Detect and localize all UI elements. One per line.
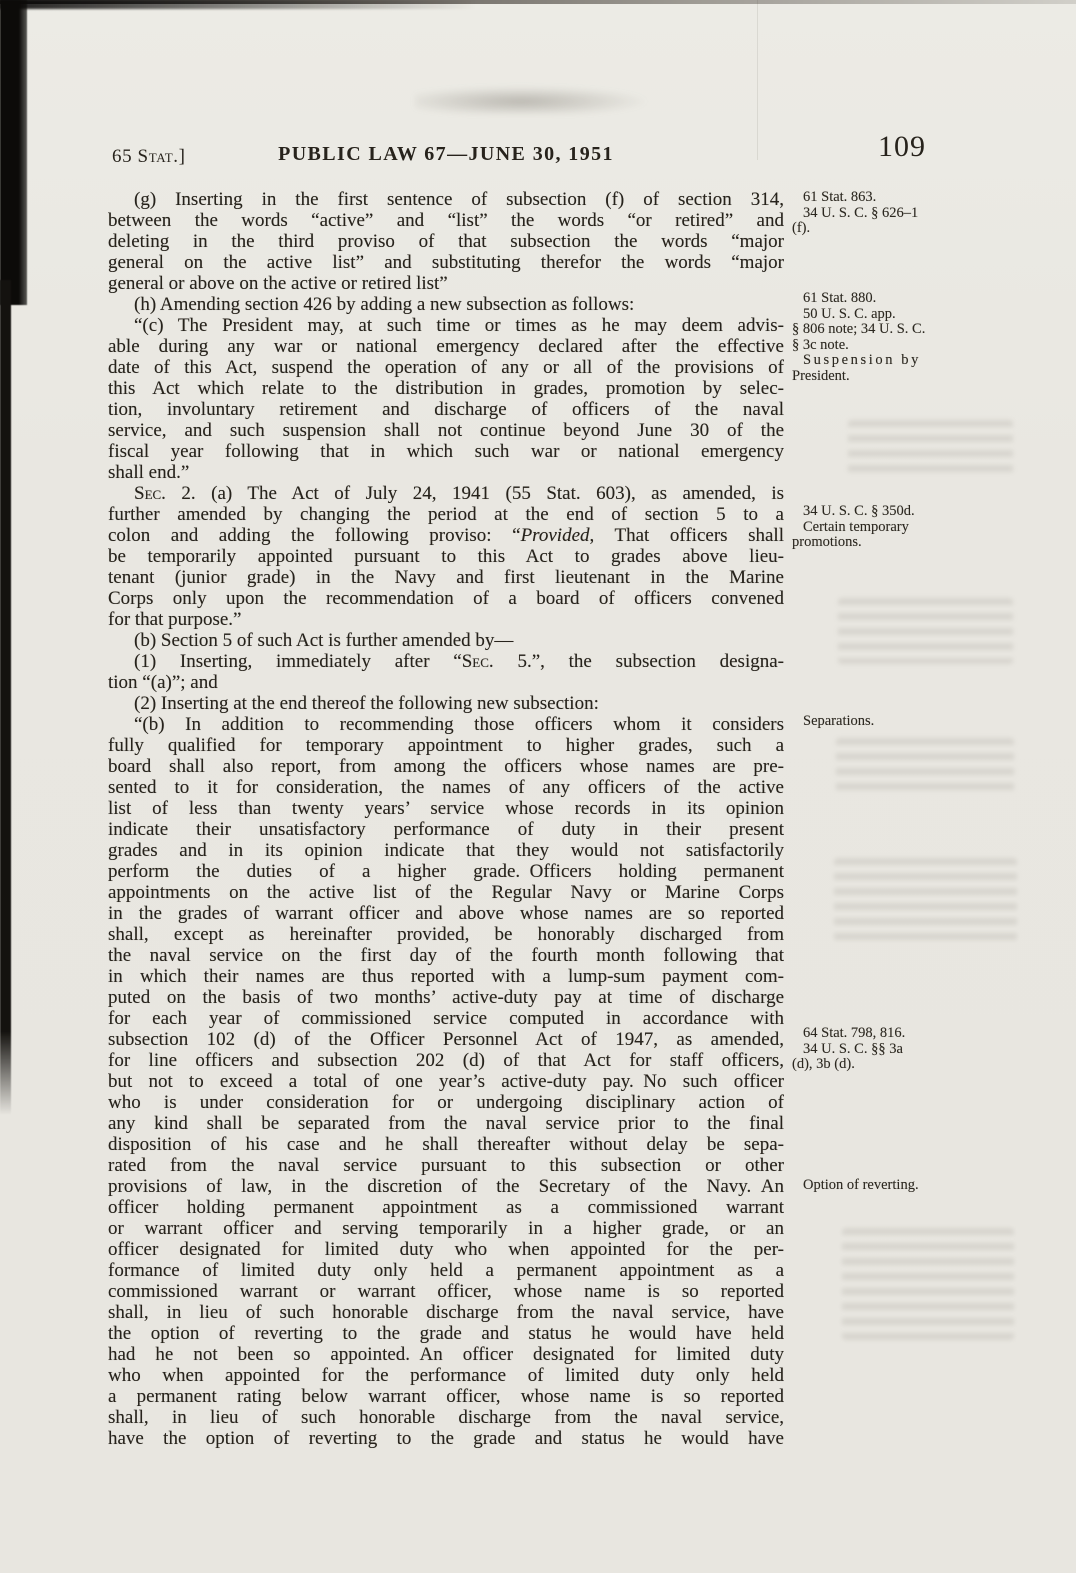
margin-note-line: promotions. <box>792 535 1064 551</box>
body-line: have the option of reverting to the grad… <box>108 1428 784 1449</box>
body-line: grades and in its opinion indicate that … <box>108 840 784 861</box>
body-line: (b) Section 5 of such Act is further ame… <box>108 630 784 651</box>
body-line: (g) Inserting in the first sentence of s… <box>108 189 784 210</box>
note-option-reverting: Option of reverting. <box>792 1178 1064 1194</box>
body-line: date of this Act, suspend the operation … <box>108 357 784 378</box>
body-line: commissioned warrant or warrant officer,… <box>108 1281 784 1302</box>
note-stat-863: 61 Stat. 863.34 U. S. C. § 626–1(f). <box>792 190 1064 237</box>
body-line: board shall also report, from among the … <box>108 756 784 777</box>
body-line: the naval service on the first day of th… <box>108 945 784 966</box>
margin-note-line: 34 U. S. C. § 626–1 <box>792 206 1064 222</box>
body-line: who when appointed for the performance o… <box>108 1365 784 1386</box>
margin-note-line: 61 Stat. 880. <box>792 291 1064 307</box>
body-line: list of less than twenty years’ service … <box>108 798 784 819</box>
body-line: had he not been so appointed. An officer… <box>108 1344 784 1365</box>
body-line: be temporarily appointed pursuant to thi… <box>108 546 784 567</box>
body-line: (1) Inserting, immediately after “Sec. 5… <box>108 651 784 672</box>
body-line: Corps only upon the recommendation of a … <box>108 588 784 609</box>
margin-note-line: Suspension by <box>792 353 1064 369</box>
paragraph-b-1: (1) Inserting, immediately after “Sec. 5… <box>108 651 784 693</box>
body-line: Sec. 2. (a) The Act of July 24, 1941 (55… <box>108 483 784 504</box>
pencil-smudge-artifact <box>415 86 650 114</box>
body-line: officer holding permanent appointment as… <box>108 1197 784 1218</box>
body-line: tion, involuntary retirement and dischar… <box>108 399 784 420</box>
body-line: for line officers and subsection 202 (d)… <box>108 1050 784 1071</box>
body-line: fully qualified for temporary appointmen… <box>108 735 784 756</box>
body-line: in the grades of warrant officer and abo… <box>108 903 784 924</box>
paragraph-h: (h) Amending section 426 by adding a new… <box>108 294 784 315</box>
body-line: in which their names are thus reported w… <box>108 966 784 987</box>
paragraph-b: (b) Section 5 of such Act is further ame… <box>108 630 784 651</box>
margin-note-line: Option of reverting. <box>792 1178 1064 1194</box>
margin-note-line: Certain temporary <box>792 520 1064 536</box>
body-line: general on the active list” and substitu… <box>108 252 784 273</box>
body-line: perform the duties of a higher grade. Of… <box>108 861 784 882</box>
body-line: “(b) In addition to recommending those o… <box>108 714 784 735</box>
paragraph-c-quote: “(c) The President may, at such time or … <box>108 315 784 483</box>
body-line: between the words “active” and “list” th… <box>108 210 784 231</box>
body-line: for each year of commissioned service co… <box>108 1008 784 1029</box>
margin-note-line: 34 U. S. C. § 350d. <box>792 504 1064 520</box>
body-line: who is under consideration for or underg… <box>108 1092 784 1113</box>
note-350d: 34 U. S. C. § 350d.Certain temporaryprom… <box>792 504 1064 551</box>
paragraph-g: (g) Inserting in the first sentence of s… <box>108 189 784 294</box>
margin-note-line: Separations. <box>792 714 1064 730</box>
running-head-title: PUBLIC LAW 67—JUNE 30, 1951 <box>108 143 784 166</box>
body-line: general or above on the active or retire… <box>108 273 784 294</box>
body-line: shall, in lieu of such honorable dischar… <box>108 1407 784 1428</box>
body-line: puted on the basis of two months’ active… <box>108 987 784 1008</box>
margin-note-line: (f). <box>792 221 1064 237</box>
body-line: tenant (junior grade) in the Navy and fi… <box>108 567 784 588</box>
body-line: service, and such suspension shall not c… <box>108 420 784 441</box>
margin-note-line: 61 Stat. 863. <box>792 190 1064 206</box>
scan-left-bar-artifact <box>0 0 27 305</box>
margin-note-line: 64 Stat. 798, 816. <box>792 1026 1064 1042</box>
body-line: deleting in the third proviso of that su… <box>108 231 784 252</box>
scan-top-edge-dark-artifact <box>0 0 560 9</box>
body-line: appointments on the active list of the R… <box>108 882 784 903</box>
note-stat-798: 64 Stat. 798, 816.34 U. S. C. §§ 3a(d), … <box>792 1026 1064 1073</box>
margin-note-line: President. <box>792 369 1064 385</box>
paragraph-b-quote: “(b) In addition to recommending those o… <box>108 714 784 1449</box>
body-line: any kind shall be separated from the nav… <box>108 1113 784 1134</box>
body-line: rated from the naval service pursuant to… <box>108 1155 784 1176</box>
statute-page: 65 Stat.] PUBLIC LAW 67—JUNE 30, 1951 10… <box>0 0 1076 1573</box>
margin-note-line: § 3c note. <box>792 338 1064 354</box>
body-line: colon and adding the following proviso: … <box>108 525 784 546</box>
margin-note-line: 34 U. S. C. §§ 3a <box>792 1042 1064 1058</box>
body-line: fiscal year following that in which such… <box>108 441 784 462</box>
body-line: this Act which relate to the distributio… <box>108 378 784 399</box>
body-line: disposition of his case and he shall the… <box>108 1134 784 1155</box>
margin-note-line: 50 U. S. C. app. <box>792 307 1064 323</box>
body-line: shall, except as hereinafter provided, b… <box>108 924 784 945</box>
body-line: a permanent rating below warrant officer… <box>108 1386 784 1407</box>
note-stat-880: 61 Stat. 880.50 U. S. C. app.§ 806 note;… <box>792 291 1064 384</box>
margin-note-line: § 806 note; 34 U. S. C. <box>792 322 1064 338</box>
note-separations: Separations. <box>792 714 1064 730</box>
margin-notes-column: 61 Stat. 863.34 U. S. C. § 626–1(f).61 S… <box>792 0 1064 1573</box>
body-line: officer designated for limited duty who … <box>108 1239 784 1260</box>
body-line: sented to it for consideration, the name… <box>108 777 784 798</box>
scan-left-strip-artifact <box>0 280 11 1115</box>
margin-note-line: (d), 3b (d). <box>792 1057 1064 1073</box>
body-line: but not to exceed a total of one year’s … <box>108 1071 784 1092</box>
body-line: able during any war or national emergenc… <box>108 336 784 357</box>
body-line: shall, in lieu of such honorable dischar… <box>108 1302 784 1323</box>
body-line: indicate their unsatisfactory performanc… <box>108 819 784 840</box>
body-line: further amended by changing the period a… <box>108 504 784 525</box>
body-line: subsection 102 (d) of the Officer Person… <box>108 1029 784 1050</box>
body-line: (2) Inserting at the end thereof the fol… <box>108 693 784 714</box>
body-line: provisions of law, in the discretion of … <box>108 1176 784 1197</box>
body-line: the option of reverting to the grade and… <box>108 1323 784 1344</box>
body-line: formance of limited duty only held a per… <box>108 1260 784 1281</box>
body-line: or warrant officer and serving temporari… <box>108 1218 784 1239</box>
body-text-column: (g) Inserting in the first sentence of s… <box>108 189 784 1449</box>
body-line: “(c) The President may, at such time or … <box>108 315 784 336</box>
paragraph-b-2: (2) Inserting at the end thereof the fol… <box>108 693 784 714</box>
body-line: (h) Amending section 426 by adding a new… <box>108 294 784 315</box>
body-line: shall end.” <box>108 462 784 483</box>
paper-crease-artifact <box>757 0 758 160</box>
body-line: for that purpose.” <box>108 609 784 630</box>
body-line: tion “(a)”; and <box>108 672 784 693</box>
paragraph-sec-2: Sec. 2. (a) The Act of July 24, 1941 (55… <box>108 483 784 630</box>
